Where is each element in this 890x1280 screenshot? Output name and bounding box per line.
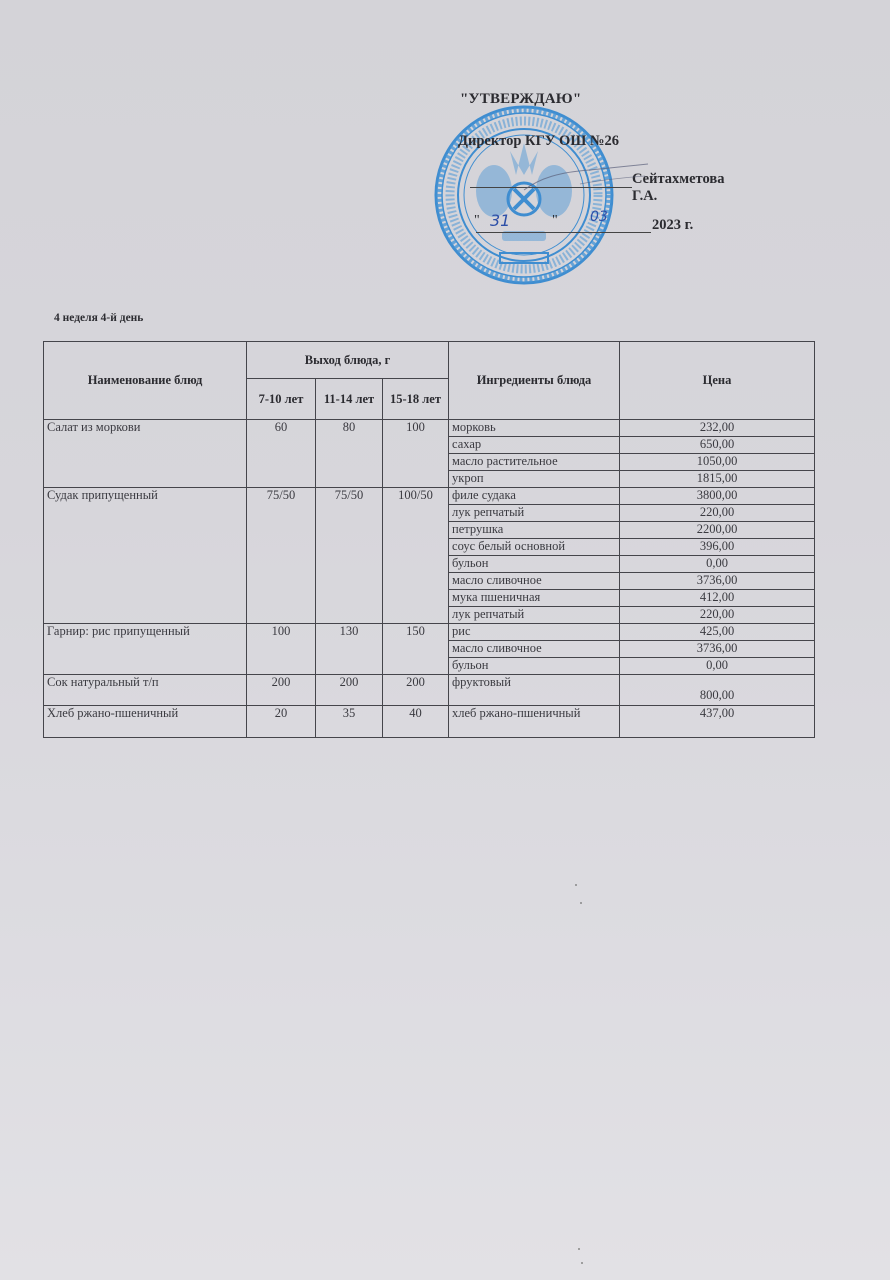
header-age-7-10: 7-10 лет [247,379,316,420]
ingredient-name: лук репчатый [449,607,620,624]
approval-date: " 31 " 03 2023 г. [472,213,752,237]
portion-7-10: 200 [247,675,316,706]
ingredient-price: 650,00 [620,437,815,454]
ingredient-name: бульон [449,658,620,675]
date-year: 2023 г. [652,217,693,234]
ingredient-name: петрушка [449,522,620,539]
day-label: 4 неделя 4-й день [54,312,143,324]
table-row: Салат из моркови 60 80 100 морковь 232,0… [44,420,815,437]
header-age-15-18: 15-18 лет [383,379,449,420]
table-row: Хлеб ржано-пшеничный 20 35 40 хлеб ржано… [44,706,815,738]
portion-11-14: 80 [316,420,383,488]
ingredient-price: 220,00 [620,607,815,624]
ingredient-name: морковь [449,420,620,437]
header-dish-name: Наименование блюд [44,342,247,420]
ingredient-name: масло растительное [449,454,620,471]
table-row: Гарнир: рис припущенный 100 130 150 рис … [44,624,815,641]
ingredient-name: укроп [449,471,620,488]
dish-name: Сок натуральный т/п [44,675,247,706]
paper-speck [575,884,577,886]
paper-speck [580,902,582,904]
ingredient-price: 1815,00 [620,471,815,488]
header-ingredients: Ингредиенты блюда [449,342,620,420]
signature-icon [520,160,650,200]
ingredient-price: 3800,00 [620,488,815,505]
table-row: Судак припущенный 75/50 75/50 100/50 фил… [44,488,815,505]
portion-11-14: 35 [316,706,383,738]
menu-table-body: Салат из моркови 60 80 100 морковь 232,0… [44,420,815,738]
ingredient-price: 0,00 [620,658,815,675]
date-day: 31 [490,211,510,230]
ingredient-name: соус белый основной [449,539,620,556]
header-yield: Выход блюда, г [247,342,449,379]
ingredient-price: 220,00 [620,505,815,522]
ingredient-price: 412,00 [620,590,815,607]
ingredient-price: 2200,00 [620,522,815,539]
ingredient-name: лук репчатый [449,505,620,522]
ingredient-name: сахар [449,437,620,454]
header-age-11-14: 11-14 лет [316,379,383,420]
dish-name: Хлеб ржано-пшеничный [44,706,247,738]
paper-speck [581,1262,583,1264]
ingredient-price: 3736,00 [620,641,815,658]
portion-11-14: 130 [316,624,383,675]
portion-11-14: 75/50 [316,488,383,624]
date-open-quote: " [474,213,480,229]
date-line [476,232,651,233]
ingredient-name: фруктовый [449,675,620,706]
ingredient-name: хлеб ржано-пшеничный [449,706,620,738]
ingredient-price: 1050,00 [620,454,815,471]
ingredient-name: масло сливочное [449,573,620,590]
portion-11-14: 200 [316,675,383,706]
date-month: 03 [590,209,608,225]
portion-7-10: 75/50 [247,488,316,624]
ingredient-name: масло сливочное [449,641,620,658]
portion-15-18: 150 [383,624,449,675]
ingredient-price: 0,00 [620,556,815,573]
portion-7-10: 20 [247,706,316,738]
ingredient-price: 437,00 [620,706,815,738]
director-position: Директор КГУ ОШ №26 [458,133,619,150]
dish-name: Гарнир: рис припущенный [44,624,247,675]
portion-7-10: 60 [247,420,316,488]
portion-7-10: 100 [247,624,316,675]
dish-name: Салат из моркови [44,420,247,488]
ingredient-name: филе судака [449,488,620,505]
ingredient-price: 232,00 [620,420,815,437]
portion-15-18: 40 [383,706,449,738]
ingredient-price: 800,00 [620,675,815,706]
portion-15-18: 100/50 [383,488,449,624]
ingredient-name: бульон [449,556,620,573]
header-price: Цена [620,342,815,420]
ingredient-price: 3736,00 [620,573,815,590]
ingredient-price: 425,00 [620,624,815,641]
table-row: Сок натуральный т/п 200 200 200 фруктовы… [44,675,815,706]
ingredient-name: мука пшеничная [449,590,620,607]
portion-15-18: 200 [383,675,449,706]
paper-speck [578,1248,580,1250]
ingredient-name: рис [449,624,620,641]
portion-15-18: 100 [383,420,449,488]
ingredient-price: 396,00 [620,539,815,556]
dish-name: Судак припущенный [44,488,247,624]
menu-table: Наименование блюд Выход блюда, г Ингреди… [43,341,815,738]
date-close-quote: " [552,213,558,229]
